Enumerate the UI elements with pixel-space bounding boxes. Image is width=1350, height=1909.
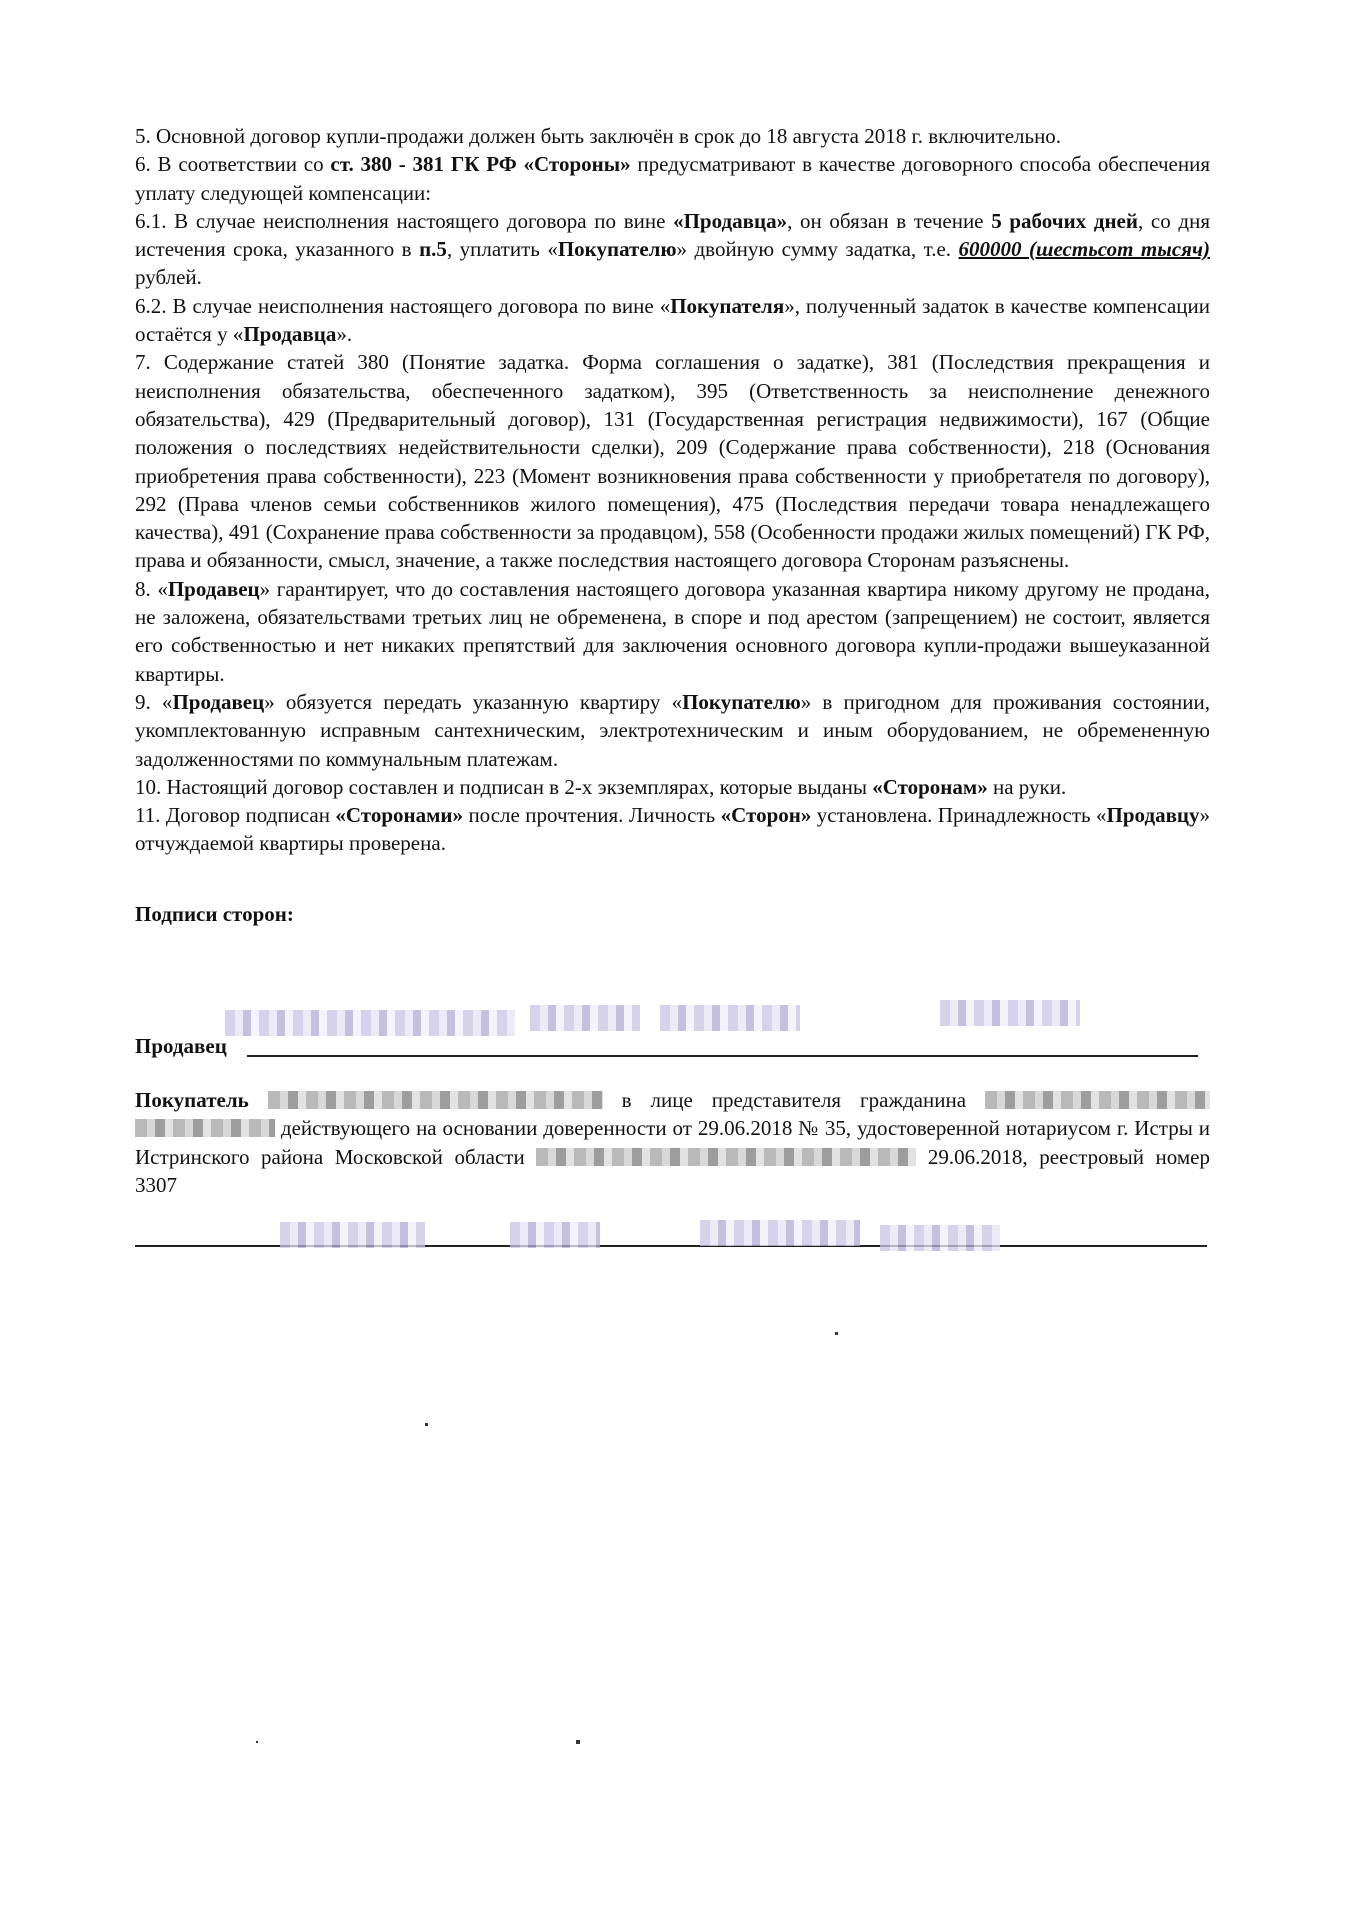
seller-signature-row: Продавец xyxy=(135,1030,1210,1070)
seller-label: Продавец xyxy=(135,1034,227,1059)
parties-ref: «Сторон» xyxy=(721,803,812,827)
scan-speck xyxy=(256,1741,258,1743)
notary-name-redacted xyxy=(536,1148,916,1166)
seller-signature-redacted xyxy=(530,1005,640,1031)
clause-8: 8. «Продавец» гарантирует, что до состав… xyxy=(135,575,1210,688)
seller-ref: Продавца xyxy=(243,322,336,346)
clause-6-bold: ст. 380 - 381 ГК РФ «Стороны» xyxy=(330,152,630,176)
parties-ref: «Сторонам» xyxy=(872,775,988,799)
clause-5: 5. Основной договор купли-продажи должен… xyxy=(135,122,1210,150)
clause-6-2-text: ». xyxy=(336,322,352,346)
scan-speck xyxy=(425,1423,428,1426)
clause-11-text: установлена. Принадлежность « xyxy=(811,803,1106,827)
seller-signature-redacted xyxy=(660,1005,800,1031)
clause-6-1-text: 6.1. В случае неисполнения настоящего до… xyxy=(135,209,673,233)
buyer-text: в лице представителя гражданина xyxy=(603,1088,985,1112)
buyer-block: Покупатель в лице представителя граждани… xyxy=(135,1086,1210,1199)
clause-9: 9. «Продавец» обязуется передать указанн… xyxy=(135,688,1210,773)
clause-11: 11. Договор подписан «Сторонами» после п… xyxy=(135,801,1210,858)
spacer xyxy=(135,858,1210,900)
clause-9-text: » обязуется передать указанную квартиру … xyxy=(264,690,682,714)
representative-name-redacted xyxy=(985,1091,1210,1109)
clause-6-1-text: , уплатить « xyxy=(447,237,558,261)
buyer-ref: Покупателю xyxy=(682,690,801,714)
buyer-signature-redacted xyxy=(700,1220,860,1246)
seller-ref: Продавец xyxy=(172,690,264,714)
scan-speck xyxy=(835,1332,838,1335)
buyer-name-redacted xyxy=(268,1091,603,1109)
seller-signature-redacted xyxy=(225,1010,515,1036)
seller-signature-line xyxy=(247,1055,1198,1057)
penalty-amount: 600000 (шестьсот тысяч) xyxy=(959,237,1210,261)
clause-7: 7. Содержание статей 380 (Понятие задатк… xyxy=(135,348,1210,574)
clause-11-text: после прочтения. Личность xyxy=(463,803,721,827)
parties-ref: «Сторонами» xyxy=(335,803,463,827)
contract-page: 5. Основной договор купли-продажи должен… xyxy=(135,122,1210,928)
clause-10-text: на руки. xyxy=(988,775,1066,799)
buyer-signature-redacted xyxy=(280,1222,425,1248)
clause-10-text: 10. Настоящий договор составлен и подпис… xyxy=(135,775,872,799)
buyer-ref: Покупателю xyxy=(558,237,677,261)
clause-6: 6. В соответствии со ст. 380 - 381 ГК РФ… xyxy=(135,150,1210,207)
buyer-signature-redacted xyxy=(510,1222,600,1248)
clause-8-text: » гарантирует, что до составления настоя… xyxy=(135,577,1210,686)
buyer-signature-redacted xyxy=(880,1225,1000,1251)
clause-7-text: 7. Содержание статей 380 (Понятие задатк… xyxy=(135,350,1210,572)
clause-11-text: 11. Договор подписан xyxy=(135,803,335,827)
clause-6-text: 6. В соответствии со xyxy=(135,152,330,176)
buyer-label: Покупатель xyxy=(135,1088,249,1112)
buyer-paragraph: Покупатель в лице представителя граждани… xyxy=(135,1086,1210,1199)
seller-ref: Продавец xyxy=(168,577,260,601)
clause-9-text: 9. « xyxy=(135,690,172,714)
clause-8-text: 8. « xyxy=(135,577,168,601)
clause-10: 10. Настоящий договор составлен и подпис… xyxy=(135,773,1210,801)
clause-6-2: 6.2. В случае неисполнения настоящего до… xyxy=(135,292,1210,349)
seller-ref: Продавцу xyxy=(1107,803,1200,827)
clause-5-text: 5. Основной договор купли-продажи должен… xyxy=(135,124,1061,148)
representative-name-redacted xyxy=(135,1119,275,1137)
buyer-ref: Покупателя xyxy=(670,294,784,318)
seller-signature-redacted xyxy=(940,1000,1080,1026)
scan-speck xyxy=(576,1740,580,1744)
clause-ref: п.5 xyxy=(419,237,447,261)
clause-6-1-text: » двойную сумму задатка, т.е. xyxy=(677,237,959,261)
clause-6-2-text: 6.2. В случае неисполнения настоящего до… xyxy=(135,294,670,318)
clause-6-1: 6.1. В случае неисполнения настоящего до… xyxy=(135,207,1210,292)
clause-6-1-text: рублей. xyxy=(135,265,202,289)
days-term: 5 рабочих дней xyxy=(991,209,1138,233)
clause-6-1-text: , он обязан в течение xyxy=(787,209,991,233)
seller-ref: «Продавца» xyxy=(673,209,787,233)
signatures-title: Подписи сторон: xyxy=(135,900,1210,928)
